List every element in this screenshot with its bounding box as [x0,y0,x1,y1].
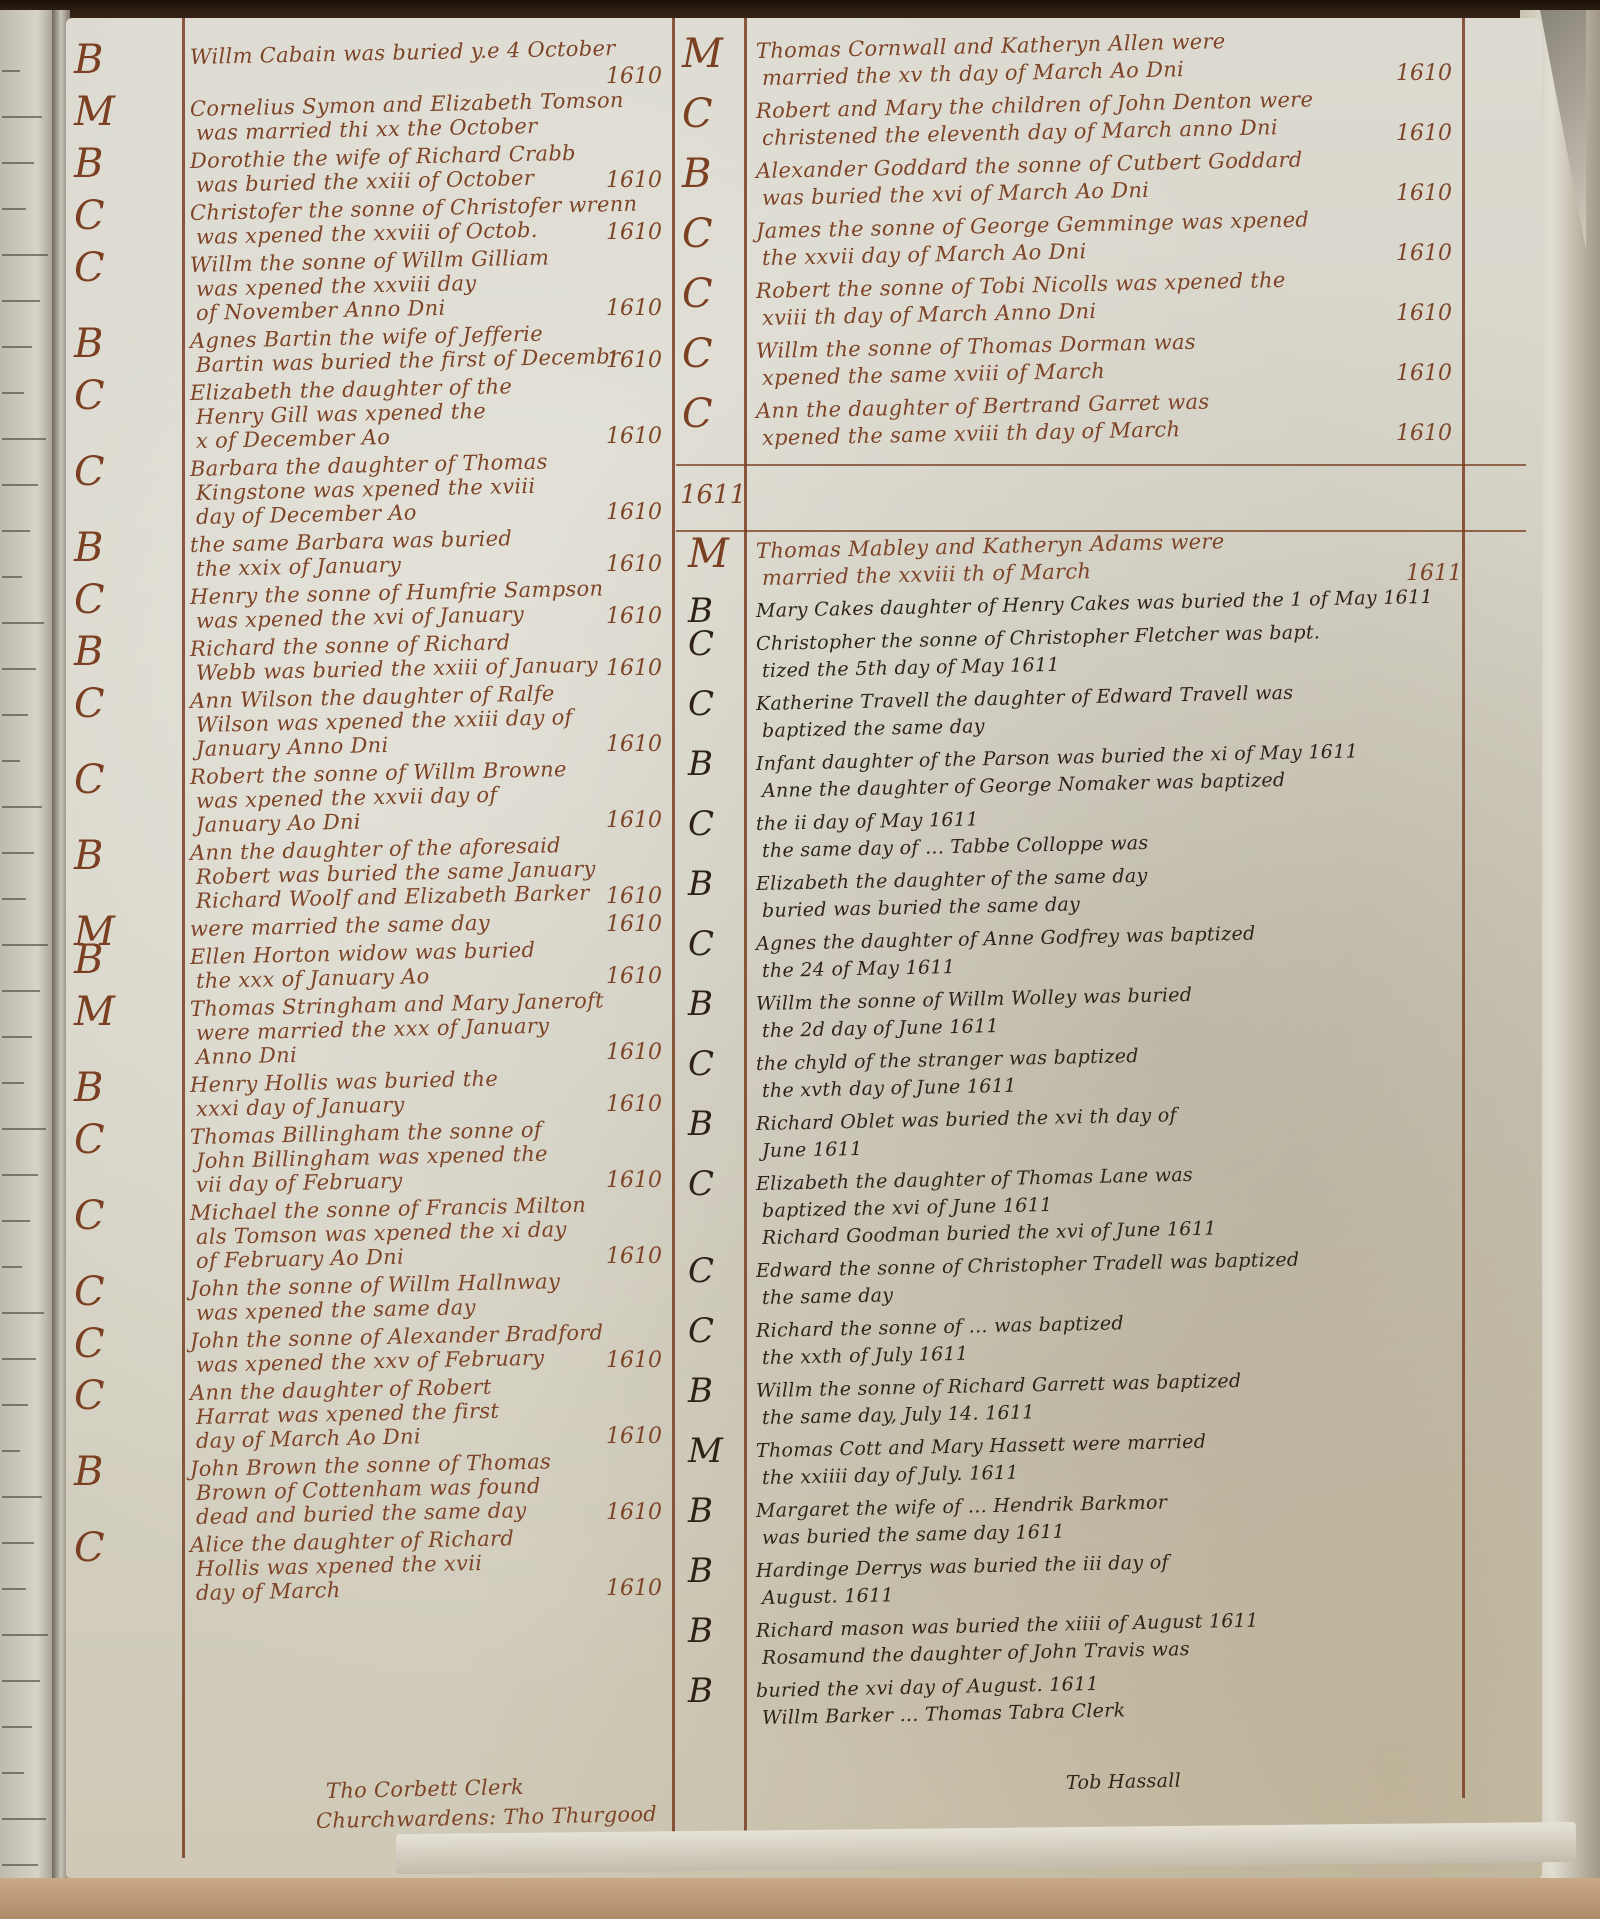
entry-type-mark: C [74,580,105,620]
entry-line: Anno Dni [196,1042,298,1071]
entry-line: of November Anno Dni [196,295,446,327]
entry-year: 1610 [1396,181,1452,206]
entry-type-mark: C [74,684,105,724]
entry-line: the xxix of January [196,552,402,583]
entry-line: day of December Ao [196,499,417,531]
left-margin-rule [182,18,185,1858]
entry-type-mark: C [688,927,714,961]
entry-line: xpened the same xviii of March [762,358,1106,392]
entry-line: x of December Ao [196,424,391,455]
entry-year: 1610 [606,884,662,909]
facing-page-text-stub [2,1358,36,1360]
entry-type-mark: C [74,1528,105,1568]
entry-line: of February Ao Dni [196,1244,405,1275]
right-signature: Tob Hassall [1066,1768,1182,1797]
entry-type-mark: B [74,40,103,80]
facing-page-text-stub [2,1496,42,1498]
entry-type-mark: B [74,632,103,672]
facing-page-text-stub [2,300,40,302]
entry-type-mark: C [688,1047,714,1081]
entry-type-mark: B [688,594,713,628]
facing-page-text-stub [2,1082,24,1084]
facing-page-text-stub [2,1818,46,1820]
entry-type-mark: C [688,1314,714,1348]
entry-type-mark: C [682,94,713,134]
entry-type-mark: C [682,274,713,314]
entry-year: 1610 [606,1168,662,1193]
entry-type-mark: C [74,1120,105,1160]
facing-page-text-stub [2,1726,32,1728]
book-edge-bottom [0,1878,1600,1919]
facing-page-text-stub [2,1220,30,1222]
entry-line: Elizabeth the daughter of the same day [756,863,1148,898]
facing-page-text-stub [2,1864,38,1866]
entry-type-mark: B [74,836,103,876]
entry-line: Katherine Travell the daughter of Edward… [756,680,1294,718]
entry-year: 1610 [606,348,662,373]
entry-year: 1610 [606,64,662,89]
entry-line: the xxx of January Ao [196,963,430,995]
facing-page-text-stub [2,898,26,900]
entry-type-mark: B [74,1068,103,1108]
facing-page-text-stub [2,852,34,854]
entry-type-mark: C [74,248,105,288]
entry-year: 1610 [1396,241,1452,266]
right-edge-rule [1462,18,1465,1798]
facing-page-text-stub [2,1312,44,1314]
entry-type-mark: B [688,747,713,781]
year-marker: 1611 [680,480,746,510]
entry-type-mark: B [74,324,103,364]
facing-page-text-stub [2,208,26,210]
entry-type-mark: M [74,992,115,1032]
entry-line: baptized the same day [762,713,985,745]
register-page: 1611 BWillm Cabain was buried y.e 4 Octo… [66,18,1542,1878]
entry-year: 1610 [606,1244,662,1269]
facing-page-text-stub [2,806,42,808]
column-divider-left [672,18,675,1868]
facing-page-text-stub [2,70,20,72]
entry-line: Richard Oblet was buried the xvi th day … [756,1102,1177,1138]
entry-line: August. 1611 [762,1582,894,1612]
entry-year: 1610 [1396,121,1452,146]
entry-line: the same day, July 14. 1611 [762,1399,1035,1432]
entry-type-mark: B [74,940,103,980]
facing-page-text-stub [2,714,28,716]
facing-page-text-stub [2,1036,32,1038]
entry-year: 1610 [606,1040,662,1065]
entry-year: 1610 [1396,61,1452,86]
paper-slip [396,1822,1576,1874]
entry-line: the 2d day of June 1611 [762,1013,999,1045]
entry-line: the xxth of July 1611 [762,1341,969,1372]
entry-year: 1610 [1396,301,1452,326]
entry-year: 1610 [606,1348,662,1373]
entry-year: 1610 [606,656,662,681]
entry-line: was buried the same day 1611 [762,1519,1065,1552]
entry-year: 1610 [606,168,662,193]
entry-type-mark: C [688,1167,714,1201]
facing-page-text-stub [2,1634,48,1636]
entry-type-mark: B [688,1614,713,1648]
entry-line: Margaret the wife of ... Hendrik Barkmor [756,1489,1168,1525]
right-margin-rule [744,18,747,1868]
facing-page-text-stub [2,1128,46,1130]
entry-type-mark: C [682,334,713,374]
facing-page-text-stub [2,254,48,256]
entry-type-mark: B [688,1554,713,1588]
facing-page-text-stub [2,484,38,486]
entry-line: the same day [762,1282,894,1312]
entry-type-mark: B [688,867,713,901]
folded-corner [1540,10,1586,250]
entry-line: the xxvii day of March Ao Dni [762,238,1087,272]
facing-page-text-stub [2,1588,26,1590]
facing-page-text-stub [2,1680,40,1682]
entry-year: 1610 [606,604,662,629]
entry-line: Richard the sonne of ... was baptized [756,1310,1124,1345]
entry-type-mark: C [682,394,713,434]
entry-year: 1610 [606,808,662,833]
facing-page-text-stub [2,438,46,440]
entry-line: xxxi day of January [196,1092,405,1123]
entry-line: married the xxviii th of March [762,558,1092,592]
entry-year: 1610 [606,912,662,937]
facing-page-text-stub [2,530,30,532]
facing-page-text-stub [2,1772,24,1774]
entry-year: 1610 [606,296,662,321]
entry-line: the xvth day of June 1611 [762,1073,1017,1105]
entry-type-mark: B [688,1374,713,1408]
facing-page-text-stub [2,622,44,624]
entry-year: 1610 [606,552,662,577]
entry-type-mark: C [74,196,105,236]
entry-line: xviii th day of March Anno Dni [762,298,1097,332]
year-separator-top [676,464,1526,466]
entry-line: June 1611 [762,1136,863,1165]
facing-page-text-stub [2,576,22,578]
entry-year: 1610 [1396,361,1452,386]
entry-year: 1610 [606,964,662,989]
entry-line: the 24 of May 1611 [762,954,956,985]
entry-type-mark: C [74,452,105,492]
entry-type-mark: B [688,987,713,1021]
entry-year: 1610 [1396,421,1452,446]
entry-year: 1610 [606,424,662,449]
entry-year: 1611 [1406,561,1462,586]
entry-line: vii day of February [196,1168,403,1199]
left-signature-1: Tho Corbett Clerk [326,1774,525,1805]
entry-type-mark: B [682,154,711,194]
facing-page-text-stub [2,990,40,992]
entry-type-mark: B [688,1674,713,1708]
entry-type-mark: B [74,144,103,184]
entry-type-mark: B [688,1494,713,1528]
facing-page-text-stub [2,944,48,946]
entry-type-mark: M [688,534,729,574]
entry-line: the chyld of the stranger was baptized [756,1043,1139,1078]
entry-line: day of March Ao Dni [196,1423,421,1455]
entry-type-mark: C [74,1324,105,1364]
entry-year: 1610 [606,500,662,525]
facing-page-text-stub [2,1542,34,1544]
entry-type-mark: C [688,627,714,661]
entry-line: Edward the sonne of Christopher Tradell … [756,1247,1300,1285]
facing-page-text-stub [2,1266,22,1268]
entry-line: day of March [196,1577,341,1607]
entry-type-mark: B [688,1107,713,1141]
entry-line: buried was buried the same day [762,891,1081,925]
entry-line: January Anno Dni [196,732,389,763]
facing-page-text-stub [2,1174,38,1176]
entry-type-mark: C [74,1196,105,1236]
entry-type-mark: C [74,376,105,416]
facing-page-text-stub [2,668,36,670]
entry-type-mark: B [74,1452,103,1492]
entry-line: Agnes the daughter of Anne Godfrey was b… [756,921,1256,958]
entry-type-mark: C [688,687,714,721]
entry-line: January Ao Dni [196,809,361,839]
facing-page-text-stub [2,116,42,118]
facing-page-text-stub [2,1450,20,1452]
facing-page-text-stub [2,162,34,164]
entry-year: 1610 [606,1576,662,1601]
entry-type-mark: C [688,1254,714,1288]
facing-page-text-stub [2,1404,28,1406]
entry-year: 1610 [606,1500,662,1525]
entry-type-mark: M [682,34,723,74]
facing-page-text-stub [2,392,24,394]
entry-year: 1610 [606,1092,662,1117]
entry-type-mark: C [682,214,713,254]
entry-type-mark: M [688,1434,723,1468]
entry-type-mark: C [688,807,714,841]
entry-line: Willm Cabain was buried y.e 4 October [190,35,616,71]
entry-line: tized the 5th day of May 1611 [762,652,1060,685]
facing-page-text-stub [2,346,32,348]
facing-page-text-stub [2,760,20,762]
entry-line: Hardinge Derrys was buried the iii day o… [756,1549,1169,1585]
left-signature-2: Churchwardens: Tho Thurgood [316,1801,658,1835]
entry-type-mark: C [74,1272,105,1312]
entry-year: 1610 [606,220,662,245]
entry-type-mark: B [74,528,103,568]
entry-type-mark: M [74,92,115,132]
entry-year: 1610 [606,732,662,757]
entry-type-mark: C [74,760,105,800]
entry-type-mark: C [74,1376,105,1416]
entry-year: 1610 [606,1424,662,1449]
entry-line: the xxiiii day of July. 1611 [762,1460,1019,1492]
